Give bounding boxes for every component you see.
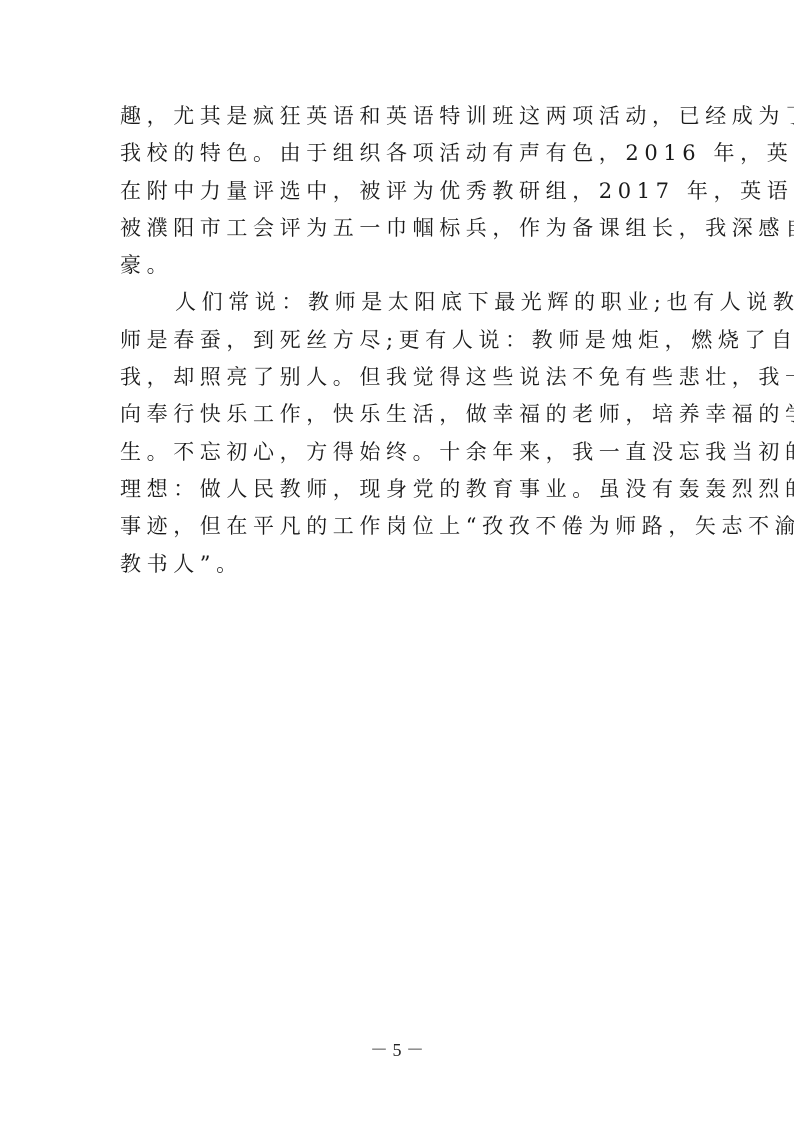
text-line: 理想：做人民教师，现身党的教育事业。虽没有轰轰烈烈的	[120, 471, 676, 508]
text-line: 我，却照亮了别人。但我觉得这些说法不免有些悲壮，我一	[120, 359, 676, 396]
text-line: 教书人”。	[120, 546, 676, 583]
text-line: 向奉行快乐工作，快乐生活，做幸福的老师，培养幸福的学	[120, 396, 676, 433]
text-line: 被濮阳市工会评为五一巾帼标兵，作为备课组长，我深感自	[120, 210, 676, 247]
page-number: － 5 －	[0, 1036, 794, 1062]
text-line: 趣，尤其是疯狂英语和英语特训班这两项活动，已经成为了	[120, 98, 676, 135]
text-line: 豪。	[120, 247, 676, 284]
body-text: 趣，尤其是疯狂英语和英语特训班这两项活动，已经成为了 我校的特色。由于组织各项活…	[120, 98, 676, 583]
document-page: 趣，尤其是疯狂英语和英语特训班这两项活动，已经成为了 我校的特色。由于组织各项活…	[0, 0, 794, 1123]
text-line: 在附中力量评选中，被评为优秀教研组，2017 年，英语组又	[120, 173, 676, 210]
text-line: 我校的特色。由于组织各项活动有声有色，2016 年，英语组	[120, 135, 676, 172]
text-line: 人们常说：教师是太阳底下最光辉的职业;也有人说教	[120, 284, 676, 321]
text-line: 事迹，但在平凡的工作岗位上“孜孜不倦为师路，矢志不渝	[120, 508, 676, 545]
text-line: 师是春蚕，到死丝方尽;更有人说：教师是烛炬，燃烧了自	[120, 322, 676, 359]
text-line: 生。不忘初心，方得始终。十余年来，我一直没忘我当初的	[120, 434, 676, 471]
